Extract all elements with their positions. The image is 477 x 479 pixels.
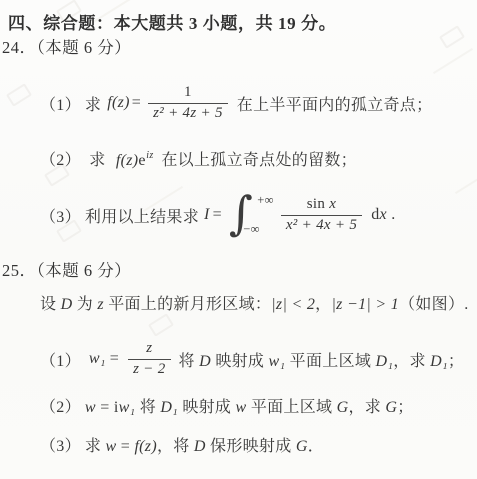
part-text: ．	[308, 438, 324, 455]
part-label: （3）	[40, 204, 81, 227]
math-variable-D: D	[194, 438, 206, 455]
part-label: （3）	[40, 438, 81, 455]
integral: ∫ +∞ −∞	[229, 193, 274, 237]
exponent: iz	[146, 150, 153, 161]
question-24-part-3: （3） 利用以上结果求 I = ∫ +∞ −∞ sin x x² + 4x + …	[40, 186, 396, 244]
math-function: f(z)	[107, 94, 130, 112]
part-text: ；	[397, 399, 413, 416]
math-variable-w: w	[106, 438, 117, 455]
equals-sign: =	[132, 94, 141, 112]
intro-text: ，	[315, 296, 331, 313]
math-variable-G: G	[296, 438, 308, 455]
integral-upper-limit: +∞	[257, 193, 274, 208]
watermark-mark	[455, 168, 477, 194]
exam-page: 四、综合题：本大题共 3 小题，共 19 分。 24．（本题 6 分） （1） …	[0, 0, 477, 479]
math-variable-G: G	[385, 399, 397, 416]
part-text: 映射成	[178, 399, 236, 416]
part-text: ，求	[349, 399, 386, 416]
differential: dx .	[371, 206, 395, 224]
integral-sign: ∫	[229, 194, 253, 233]
section-header: 四、综合题：本大题共 3 小题，共 19 分。	[8, 9, 336, 34]
part-text: 平面上区域	[247, 399, 337, 416]
math-function: f(z)	[116, 152, 139, 169]
question-25-part-1: （1） w₁ = z z − 2 将 D 映射成 w₁ 平面上区域 D₁，求 D…	[40, 331, 464, 387]
fraction-denominator: z − 2	[128, 359, 170, 378]
math-variable-G: G	[337, 399, 349, 416]
math-variable-I: I	[204, 206, 210, 224]
equals-sign: =	[213, 206, 222, 224]
equals-i: = i	[96, 399, 119, 416]
question-24-header: 24．（本题 6 分）	[2, 34, 131, 58]
part-lead: 求	[89, 152, 105, 169]
fraction-numerator: 1	[180, 84, 196, 102]
part-tail: 将 D 映射成 w₁ 平面上区域 D₁，求 D₁；	[179, 348, 465, 371]
intro-text: 为	[72, 296, 97, 313]
equals-sign: =	[110, 350, 119, 368]
math-variable-w1: w₁	[119, 399, 136, 416]
math-variable-D1: D₁	[160, 399, 178, 416]
math-variable-w1: w₁	[89, 350, 106, 368]
math-function: f(z)	[134, 438, 157, 455]
intro-text: 平面上的新月形区域：	[104, 296, 271, 313]
part-text: 求	[85, 438, 106, 455]
math-condition-2: |z −1| > 1	[331, 296, 399, 313]
question-24-part-2: （2） 求 f(z)eiz 在以上孤立奇点处的留数；	[40, 147, 357, 170]
fraction: 1 z² + 4z + 5	[148, 84, 228, 122]
fraction-numerator: sin x	[303, 196, 340, 214]
math-condition-1: |z| < 2	[271, 296, 315, 313]
question-25-intro: 设 D 为 z 平面上的新月形区域：|z| < 2，|z −1| > 1（如图）…	[40, 291, 469, 314]
part-lead: 求	[85, 92, 101, 115]
part-tail: 在以上孤立奇点处的留数；	[161, 152, 357, 169]
fraction: z z − 2	[128, 340, 170, 378]
part-text: 将	[135, 399, 160, 416]
part-label: （2）	[40, 399, 81, 416]
intro-text: （如图）.	[399, 296, 469, 313]
part-text: 保形映射成	[206, 438, 296, 455]
fraction-denominator: x² + 4x + 5	[281, 215, 362, 234]
math-variable-w: w	[85, 399, 96, 416]
equals-sign: =	[117, 438, 135, 455]
integral-limits: +∞ −∞	[250, 193, 274, 237]
question-25-part-2: （2）w = iw₁ 将 D₁ 映射成 w 平面上区域 G，求 G；	[40, 394, 414, 417]
question-25-header: 25．（本题 6 分）	[2, 257, 131, 281]
part-text: ，将	[157, 438, 194, 455]
watermark-mark	[433, 48, 473, 74]
part-lead: 利用以上结果求	[85, 204, 199, 227]
math-variable-w: w	[236, 399, 247, 416]
math-variable-D: D	[61, 296, 73, 313]
fraction-denominator: z² + 4z + 5	[148, 103, 228, 122]
question-25-part-3: （3）求 w = f(z)，将 D 保形映射成 G．	[40, 433, 324, 456]
fraction-numerator: z	[142, 340, 156, 358]
part-label: （1）	[40, 92, 81, 115]
question-24-part-1: （1） 求 f(z) = 1 z² + 4z + 5 在上半平面内的孤立奇点；	[40, 72, 432, 134]
part-label: （1）	[40, 348, 81, 371]
watermark-mark	[439, 25, 465, 49]
part-label: （2）	[40, 152, 81, 169]
part-tail: 在上半平面内的孤立奇点；	[237, 92, 433, 115]
euler-e: e	[138, 152, 145, 169]
intro-text: 设	[40, 296, 61, 313]
fraction: sin x x² + 4x + 5	[281, 196, 362, 234]
watermark-mark	[6, 83, 32, 107]
